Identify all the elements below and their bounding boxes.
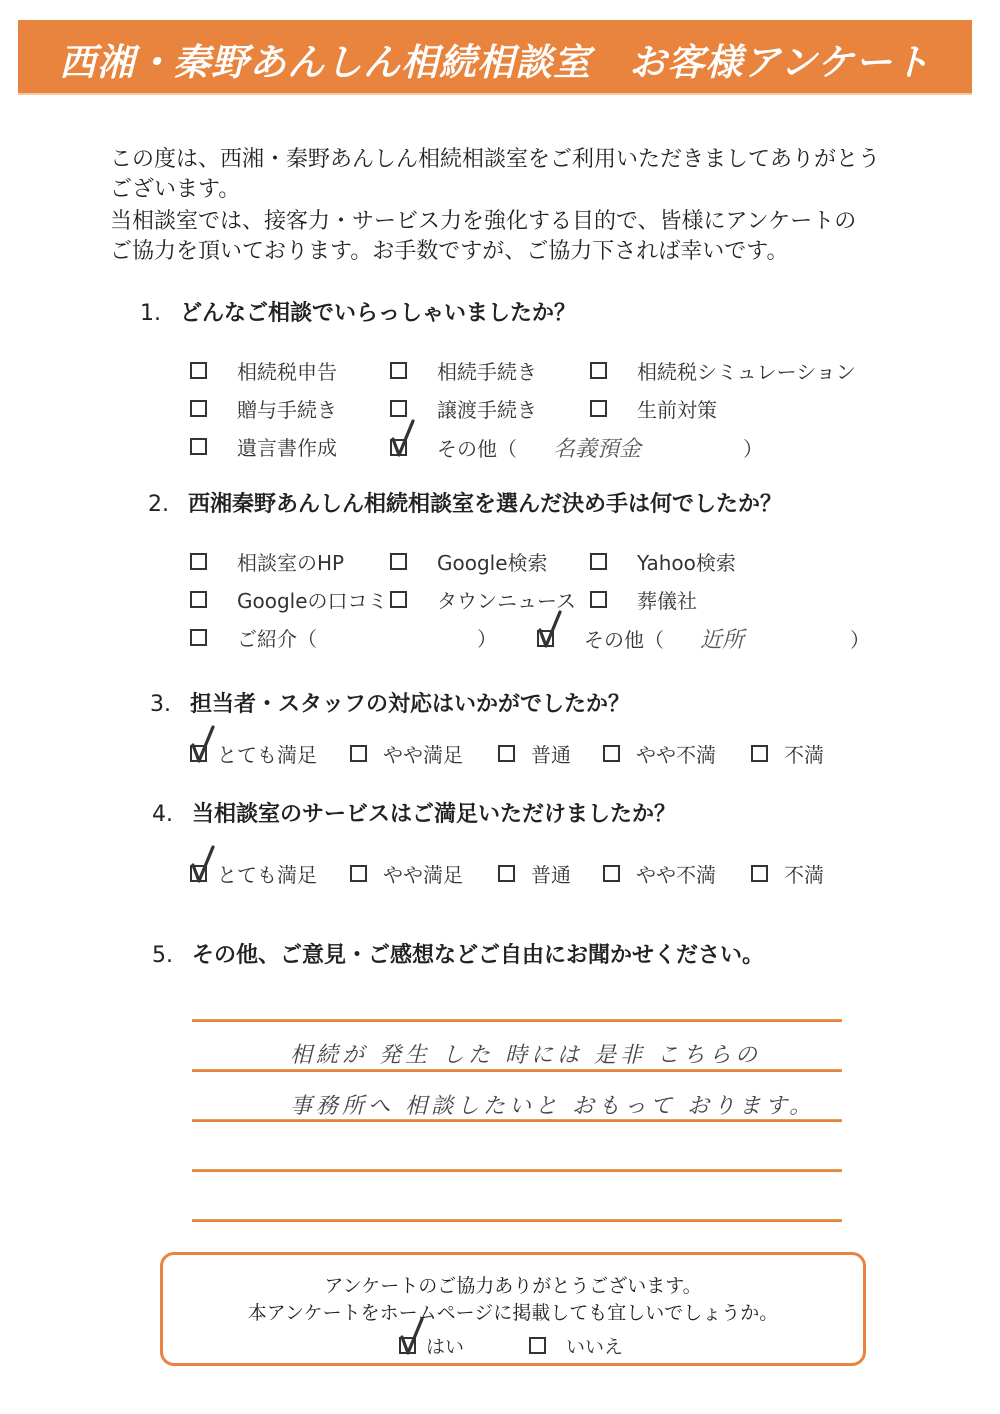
option-label: Google検索 [437, 547, 548, 576]
intro-p1-line2: ございます。 [110, 177, 240, 202]
question-1-text: どんなご相談でいらっしゃいましたか？ [180, 301, 576, 326]
question-2: 2.西湘秦野あんしん相続相談室を選んだ決め手は何でしたか？ [148, 487, 782, 518]
checkbox[interactable] [390, 362, 407, 379]
permission-yes[interactable]: はい [399, 1332, 464, 1359]
checkbox-checked[interactable] [190, 865, 207, 882]
checkbox[interactable] [751, 745, 768, 762]
permission-question: 本アンケートをホームページに掲載しても宜しいでしょうか。 [163, 1298, 863, 1325]
checkbox-checked[interactable] [399, 1337, 416, 1354]
checkbox[interactable] [190, 438, 207, 455]
q3-option-4[interactable]: 不満 [751, 739, 824, 768]
checkbox-checked[interactable] [537, 630, 554, 647]
question-2-text: 西湘秦野あんしん相続相談室を選んだ決め手は何でしたか？ [188, 492, 782, 517]
checkbox[interactable] [190, 400, 207, 417]
option-label: 普通 [531, 859, 571, 888]
checkbox[interactable] [590, 553, 607, 570]
option-label: 相続税申告 [237, 356, 337, 385]
checkbox[interactable] [190, 553, 207, 570]
q1-option-0[interactable]: 相続税申告 [190, 356, 337, 385]
intro-p1-line1: この度は、西湘・秦野あんしん相続相談室をご利用いただきましてありがとう [110, 147, 880, 172]
question-4: 4.当相談室のサービスはご満足いただけましたか？ [152, 797, 676, 828]
intro-p2-line1: 当相談室では、接客力・サービス力を強化する目的で、皆様にアンケートの [110, 209, 856, 234]
option-label: Yahoo検索 [637, 547, 736, 576]
question-5-text: その他、ご意見・ご感想などご自由にお聞かせください。 [192, 943, 764, 968]
option-label: やや不満 [636, 739, 716, 768]
option-label: 不満 [784, 859, 824, 888]
checkbox[interactable] [350, 745, 367, 762]
checkmark-icon [399, 1317, 425, 1355]
q1-option-2[interactable]: 相続税シミュレーション [590, 356, 856, 385]
q1-option-5[interactable]: 生前対策 [590, 394, 717, 423]
close-paren: ） [850, 624, 870, 653]
option-label: やや満足 [383, 739, 463, 768]
question-2-number: 2. [148, 492, 188, 517]
checkbox[interactable] [498, 865, 515, 882]
option-label: 相談室のHP [237, 547, 344, 576]
checkbox[interactable] [498, 745, 515, 762]
q1-option-1[interactable]: 相続手続き [390, 356, 537, 385]
checkbox[interactable] [590, 400, 607, 417]
checkbox[interactable] [751, 865, 768, 882]
option-label: その他（ [437, 433, 517, 462]
q4-option-0[interactable]: とても満足 [190, 859, 317, 888]
close-paren: ） [477, 623, 497, 652]
q2-option-other[interactable]: その他（ 近所 ） [537, 623, 870, 654]
checkbox[interactable] [350, 865, 367, 882]
q1-other-input[interactable]: 名義預金 [553, 432, 743, 463]
option-label: やや不満 [636, 859, 716, 888]
option-label: 葬儀社 [637, 585, 697, 614]
q3-option-3[interactable]: やや不満 [603, 739, 716, 768]
option-label: とても満足 [217, 859, 317, 888]
option-label: やや満足 [383, 859, 463, 888]
checkbox[interactable] [190, 362, 207, 379]
intro-p2-line2: ご協力を頂いております。お手数ですが、ご協力下されば幸いです。 [110, 239, 788, 264]
checkbox[interactable] [603, 865, 620, 882]
q1-option-3[interactable]: 贈与手続き [190, 394, 337, 423]
question-5-number: 5. [152, 943, 192, 968]
q4-option-4[interactable]: 不満 [751, 859, 824, 888]
checkmark-icon [537, 610, 563, 648]
question-4-text: 当相談室のサービスはご満足いただけましたか？ [192, 802, 676, 827]
comment-rule-line [192, 1119, 842, 1122]
checkbox[interactable] [190, 591, 207, 608]
option-label: 不満 [784, 739, 824, 768]
checkbox[interactable] [390, 400, 407, 417]
q4-option-1[interactable]: やや満足 [350, 859, 463, 888]
checkbox[interactable] [390, 591, 407, 608]
close-paren: ） [743, 433, 763, 462]
comment-rule-line [192, 1019, 842, 1022]
q3-option-2[interactable]: 普通 [498, 739, 571, 768]
question-4-number: 4. [152, 802, 192, 827]
intro-text: この度は、西湘・秦野あんしん相続相談室をご利用いただきましてありがとうございます… [110, 145, 910, 269]
q3-option-1[interactable]: やや満足 [350, 739, 463, 768]
publish-permission-box: アンケートのご協力ありがとうございます。 本アンケートをホームページに掲載しても… [160, 1252, 866, 1366]
option-label: その他（ [584, 624, 664, 653]
checkbox-checked[interactable] [390, 439, 407, 456]
checkbox[interactable] [603, 745, 620, 762]
comment-rule-line [192, 1219, 842, 1222]
q1-option-6[interactable]: 遺言書作成 [190, 432, 337, 461]
question-3-number: 3. [150, 692, 190, 717]
question-1: 1.どんなご相談でいらっしゃいましたか？ [140, 296, 576, 327]
q2-option-5[interactable]: 葬儀社 [590, 585, 697, 614]
q4-option-2[interactable]: 普通 [498, 859, 571, 888]
permission-no[interactable]: いいえ [529, 1332, 623, 1359]
q3-option-0[interactable]: とても満足 [190, 739, 317, 768]
checkmark-icon [390, 419, 416, 457]
option-label: 普通 [531, 739, 571, 768]
question-5: 5.その他、ご意見・ご感想などご自由にお聞かせください。 [152, 938, 764, 969]
title-banner: 西湘・秦野あんしん相続相談室 お客様アンケート [18, 20, 972, 95]
question-3: 3.担当者・スタッフの対応はいかがでしたか？ [150, 687, 630, 718]
survey-title: 西湘・秦野あんしん相続相談室 お客様アンケート [18, 32, 972, 86]
option-label: 生前対策 [637, 394, 717, 423]
q2-option-0[interactable]: 相談室のHP [190, 547, 344, 576]
option-label: とても満足 [217, 739, 317, 768]
q2-other-input[interactable]: 近所 [700, 623, 850, 654]
q2-option-1[interactable]: Google検索 [390, 547, 548, 576]
comment-rule-line [192, 1069, 842, 1072]
option-label: 遺言書作成 [237, 432, 337, 461]
comment-line-1: 相続が 発生 した 時には 是非 こちらの [290, 1038, 761, 1069]
checkbox[interactable] [590, 591, 607, 608]
q4-option-3[interactable]: やや不満 [603, 859, 716, 888]
checkbox[interactable] [590, 362, 607, 379]
checkmark-icon [190, 725, 216, 763]
checkbox-checked[interactable] [190, 745, 207, 762]
option-label: Googleの口コミ [237, 585, 388, 614]
option-label: 相続手続き [437, 356, 537, 385]
comment-rule-line [192, 1169, 842, 1172]
checkbox[interactable] [529, 1337, 546, 1354]
option-label: 相続税シミュレーション [637, 356, 856, 385]
option-label: いいえ [566, 1332, 623, 1359]
option-label: ご紹介（ [237, 623, 317, 652]
checkbox[interactable] [190, 629, 207, 646]
q1-option-other[interactable]: その他（ 名義預金 ） [390, 432, 763, 463]
question-3-text: 担当者・スタッフの対応はいかがでしたか？ [190, 692, 630, 717]
checkbox[interactable] [390, 553, 407, 570]
q2-option-3[interactable]: Googleの口コミ [190, 585, 388, 614]
option-label: 贈与手続き [237, 394, 337, 423]
option-label: 譲渡手続き [437, 394, 537, 423]
option-label: はい [426, 1332, 464, 1359]
thanks-text: アンケートのご協力ありがとうございます。 [163, 1271, 863, 1298]
checkmark-icon [190, 845, 216, 883]
question-1-number: 1. [140, 301, 180, 326]
q2-option-referral[interactable]: ご紹介（ ） [190, 623, 497, 652]
q2-option-2[interactable]: Yahoo検索 [590, 547, 736, 576]
comment-line-2: 事務所へ 相談したいと おもって おります。 [290, 1089, 815, 1120]
